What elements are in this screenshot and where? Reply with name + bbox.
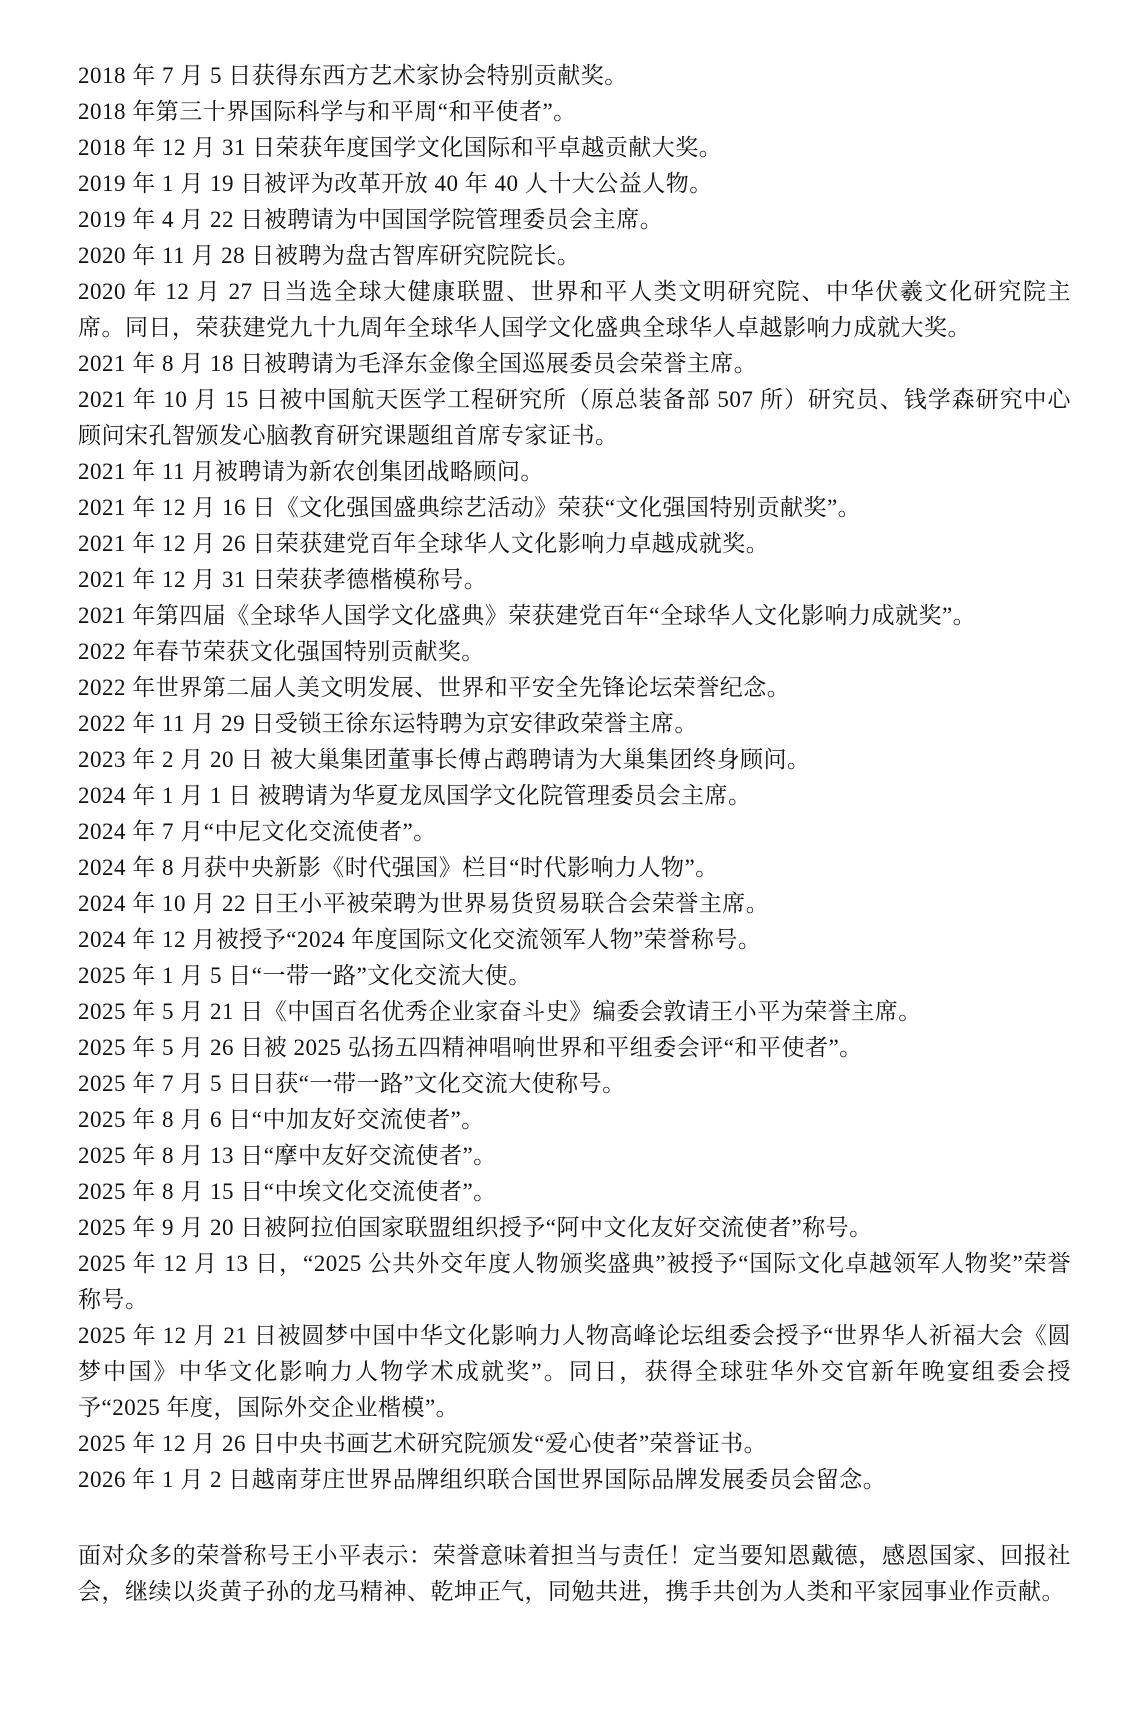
honor-entry: 2024 年 8 月获中央新影《时代强国》栏目“时代影响力人物”。 <box>78 850 1071 886</box>
honor-entry: 2025 年 7 月 5 日日获“一带一路”文化交流大使称号。 <box>78 1066 1071 1102</box>
honor-entry: 2025 年 8 月 15 日“中埃文化交流使者”。 <box>78 1174 1071 1210</box>
honor-entry: 2025 年 5 月 21 日《中国百名优秀企业家奋斗史》编委会敦请王小平为荣誉… <box>78 994 1071 1030</box>
honor-entry: 2022 年春节荣获文化强国特别贡献奖。 <box>78 634 1071 670</box>
honor-entry: 2025 年 8 月 6 日“中加友好交流使者”。 <box>78 1102 1071 1138</box>
honor-entry: 2024 年 7 月“中尼文化交流使者”。 <box>78 814 1071 850</box>
honor-entry: 2019 年 1 月 19 日被评为改革开放 40 年 40 人十大公益人物。 <box>78 166 1071 202</box>
honor-entry: 2018 年第三十界国际科学与和平周“和平使者”。 <box>78 94 1071 130</box>
honor-entry: 2025 年 8 月 13 日“摩中友好交流使者”。 <box>78 1138 1071 1174</box>
honor-entry: 2021 年 8 月 18 日被聘请为毛泽东金像全国巡展委员会荣誉主席。 <box>78 346 1071 382</box>
honor-entry: 2025 年 12 月 26 日中央书画艺术研究院颁发“爱心使者”荣誉证书。 <box>78 1426 1071 1462</box>
closing-paragraph: 面对众多的荣誉称号王小平表示：荣誉意味着担当与责任！定当要知恩戴德，感恩国家、回… <box>78 1538 1071 1610</box>
honor-entry: 2025 年 12 月 21 日被圆梦中国中华文化影响力人物高峰论坛组委会授予“… <box>78 1318 1071 1426</box>
honor-entry: 2025 年 9 月 20 日被阿拉伯国家联盟组织授予“阿中文化友好交流使者”称… <box>78 1210 1071 1246</box>
document-page: 2018 年 7 月 5 日获得东西方艺术家协会特别贡献奖。 2018 年第三十… <box>0 0 1129 1724</box>
honor-entry: 2021 年第四届《全球华人国学文化盛典》荣获建党百年“全球华人文化影响力成就奖… <box>78 598 1071 634</box>
honor-entry: 2018 年 7 月 5 日获得东西方艺术家协会特别贡献奖。 <box>78 58 1071 94</box>
honor-entry: 2022 年世界第二届人美文明发展、世界和平安全先锋论坛荣誉纪念。 <box>78 670 1071 706</box>
honor-entry: 2020 年 12 月 27 日当选全球大健康联盟、世界和平人类文明研究院、中华… <box>78 274 1071 346</box>
honor-entry: 2019 年 4 月 22 日被聘请为中国国学院管理委员会主席。 <box>78 202 1071 238</box>
honor-entry: 2026 年 1 月 2 日越南芽庄世界品牌组织联合国世界国际品牌发展委员会留念… <box>78 1462 1071 1498</box>
honor-entry: 2021 年 12 月 26 日荣获建党百年全球华人文化影响力卓越成就奖。 <box>78 526 1071 562</box>
honor-entry: 2020 年 11 月 28 日被聘为盘古智库研究院院长。 <box>78 238 1071 274</box>
honor-entry: 2021 年 10 月 15 日被中国航天医学工程研究所（原总装备部 507 所… <box>78 382 1071 454</box>
honor-entry: 2024 年 10 月 22 日王小平被荣聘为世界易货贸易联合会荣誉主席。 <box>78 886 1071 922</box>
honor-entry: 2018 年 12 月 31 日荣获年度国学文化国际和平卓越贡献大奖。 <box>78 130 1071 166</box>
honor-entry: 2025 年 12 月 13 日，“2025 公共外交年度人物颁奖盛典”被授予“… <box>78 1246 1071 1318</box>
honor-entry: 2022 年 11 月 29 日受锁王徐东运特聘为京安律政荣誉主席。 <box>78 706 1071 742</box>
honor-entry: 2023 年 2 月 20 日 被大巢集团董事长傅占鹉聘请为大巢集团终身顾问。 <box>78 742 1071 778</box>
honor-entry: 2024 年 1 月 1 日 被聘请为华夏龙凤国学文化院管理委员会主席。 <box>78 778 1071 814</box>
honor-entry: 2021 年 12 月 31 日荣获孝德楷模称号。 <box>78 562 1071 598</box>
honor-entry: 2025 年 5 月 26 日被 2025 弘扬五四精神唱响世界和平组委会评“和… <box>78 1030 1071 1066</box>
honor-entry: 2024 年 12 月被授予“2024 年度国际文化交流领军人物”荣誉称号。 <box>78 922 1071 958</box>
honor-entry: 2021 年 12 月 16 日《文化强国盛典综艺活动》荣获“文化强国特别贡献奖… <box>78 490 1071 526</box>
honor-entry: 2021 年 11 月被聘请为新农创集团战略顾问。 <box>78 454 1071 490</box>
honor-entry: 2025 年 1 月 5 日“一带一路”文化交流大使。 <box>78 958 1071 994</box>
